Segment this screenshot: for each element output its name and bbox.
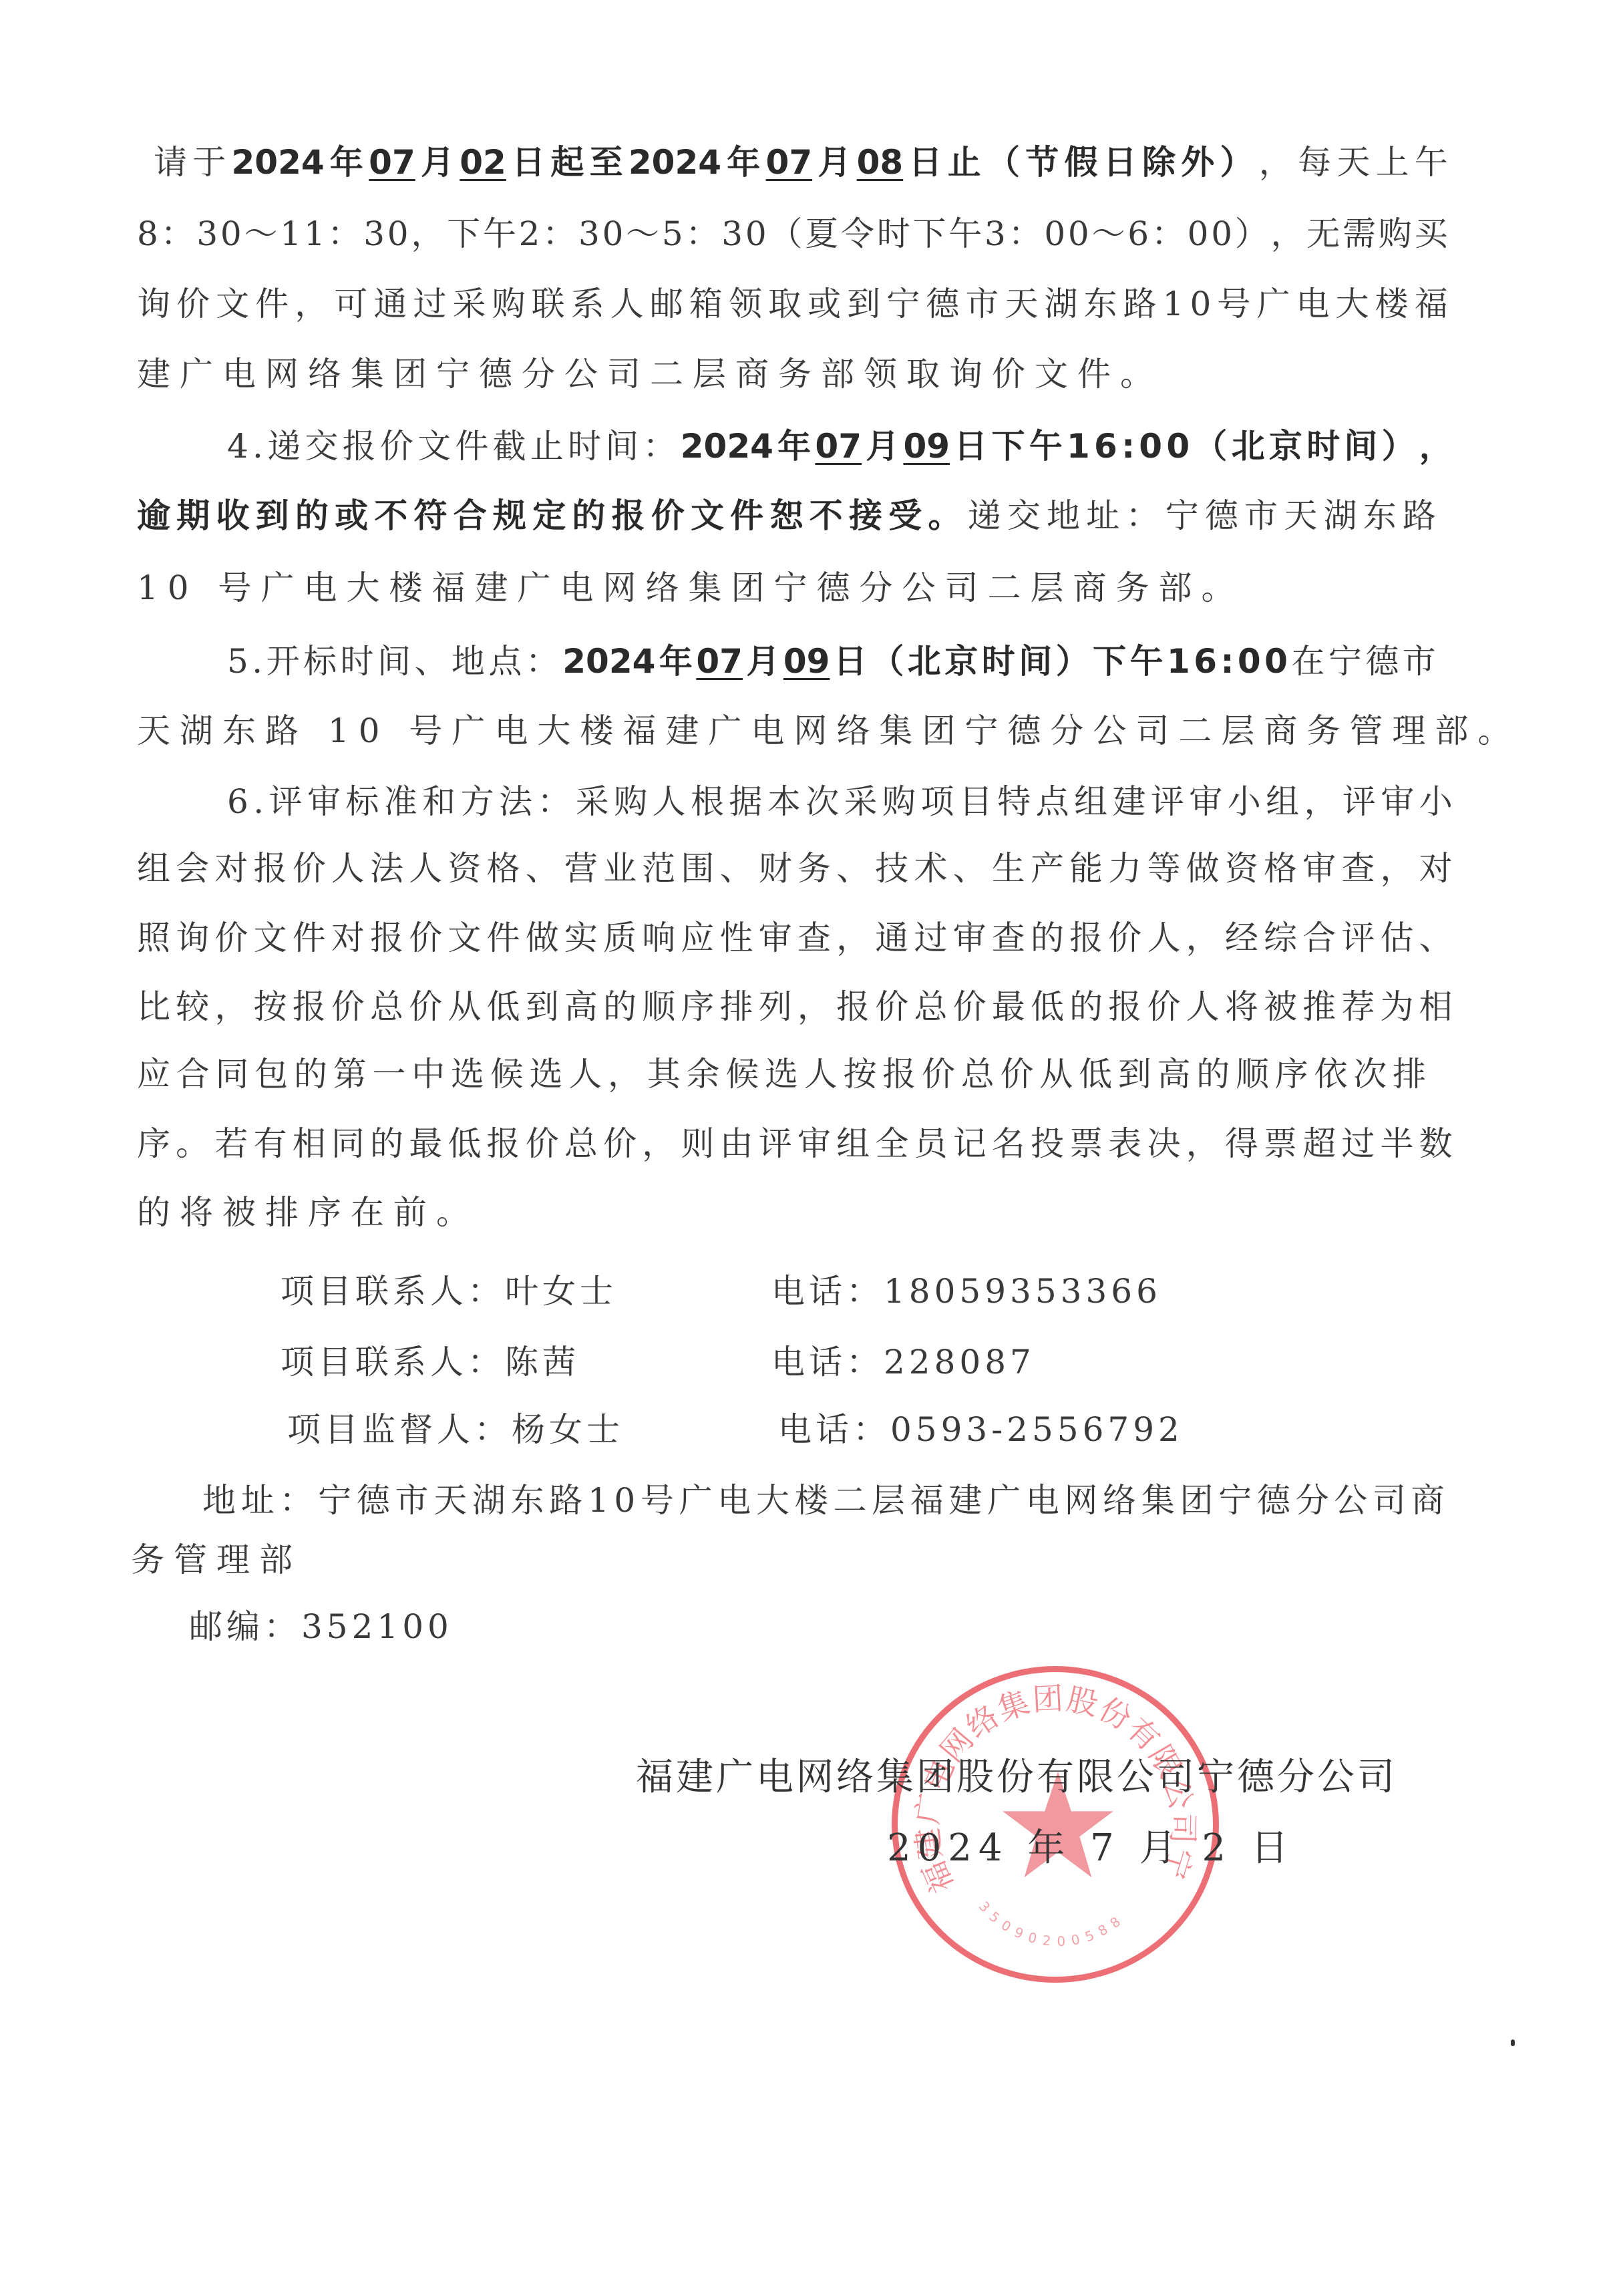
glyph: ，: [1186, 917, 1220, 959]
glyph: 公: [1334, 1479, 1367, 1522]
glyph: 顺: [642, 985, 675, 1028]
glyph: （: [769, 212, 802, 255]
glyph: 价: [953, 985, 987, 1028]
glyph: 报: [1108, 985, 1141, 1028]
glyph: 德: [1365, 640, 1399, 683]
address-line-2: 务管理部: [131, 1538, 302, 1581]
postcode-value: 352100: [301, 1607, 453, 1646]
glyph: 报: [612, 494, 645, 537]
paragraph-4-line-3-text: 10 号广电大楼福建广电网络集团宁德分公司二层商务部。: [137, 566, 1244, 609]
glyph: 1: [280, 212, 301, 255]
glyph: 3: [196, 212, 218, 255]
glyph: 目: [959, 780, 993, 823]
glyph: 生: [992, 847, 1025, 890]
glyph: 报: [254, 847, 287, 890]
glyph: 采: [844, 780, 878, 823]
glyph: 查: [797, 917, 831, 959]
glyph: 评: [1343, 780, 1376, 823]
glyph: ：: [1009, 212, 1042, 255]
glyph: 到: [256, 494, 289, 537]
glyph: 质: [603, 917, 637, 959]
glyph: 从: [1039, 1053, 1073, 1096]
glyph: 询: [137, 283, 170, 325]
glyph: 天: [1336, 141, 1370, 184]
glyph: 起: [550, 141, 584, 184]
glyph: 价: [214, 917, 248, 959]
glyph: 电: [1026, 1479, 1059, 1522]
glyph: 第: [333, 1053, 367, 1096]
glyph: 方: [461, 780, 494, 823]
glyph: 依: [1314, 1053, 1348, 1096]
glyph: ）: [1235, 212, 1268, 255]
glyph: 低: [448, 1122, 481, 1165]
glyph: 止: [948, 141, 981, 184]
glyph: 东: [1084, 283, 1117, 325]
glyph: 选: [451, 1053, 484, 1096]
glyph: 恕: [770, 494, 803, 537]
glyph: 本: [767, 780, 801, 823]
glyph: 做: [1186, 847, 1220, 890]
glyph: 组: [1266, 780, 1299, 823]
glyph: 址: [1086, 494, 1119, 537]
glyph: 营: [564, 847, 598, 890]
glyph: 和: [422, 780, 456, 823]
glyph: 报: [293, 985, 326, 1028]
glyph: 每: [1298, 141, 1331, 184]
glyph: 购: [1379, 212, 1412, 255]
glyph: 组: [836, 1122, 870, 1165]
glyph: 、: [720, 847, 753, 890]
glyph: 报: [370, 917, 403, 959]
underlined-date-value: 07: [696, 640, 743, 683]
glyph: 资: [1225, 847, 1258, 890]
glyph: ：: [526, 640, 559, 683]
glyph: 福: [910, 1479, 944, 1522]
glyph: 会: [176, 847, 209, 890]
glyph: ～: [626, 212, 659, 255]
glyph: .: [253, 780, 264, 823]
glyph: 价: [293, 847, 326, 890]
glyph: 通: [875, 917, 908, 959]
glyph: 日: [908, 141, 942, 184]
glyph: 合: [176, 1053, 210, 1096]
glyph: 团: [1180, 1479, 1214, 1522]
glyph: 递: [267, 425, 301, 468]
glyph: 午: [1029, 425, 1063, 468]
signature-date: 2024 年 7 月 2 日: [887, 1825, 1295, 1872]
glyph: 德: [357, 1479, 390, 1522]
glyph: 上: [1375, 141, 1409, 184]
glyph: ，: [642, 1122, 675, 1165]
glyph: 人: [331, 847, 365, 890]
glyph: 德: [1205, 494, 1238, 537]
glyph: （: [870, 640, 904, 683]
glyph: 评: [1151, 780, 1184, 823]
glyph: 时: [982, 640, 1015, 683]
glyph: 被: [1264, 985, 1297, 1028]
glyph: 5: [662, 212, 683, 255]
glyph: 北: [908, 640, 941, 683]
glyph: 8: [137, 212, 158, 255]
glyph: 0: [1139, 425, 1162, 468]
glyph: 通: [373, 283, 407, 325]
glyph: 日: [1103, 141, 1137, 184]
glyph: 数: [1419, 1122, 1453, 1165]
glyph: 无: [1306, 212, 1340, 255]
glyph: 全: [875, 1122, 908, 1165]
glyph: 0: [1166, 425, 1190, 468]
glyph: 件: [255, 283, 289, 325]
glyph: 0: [220, 212, 242, 255]
glyph: 到: [526, 985, 559, 1028]
glyph: ，: [1419, 425, 1453, 468]
glyph: 项: [920, 780, 954, 823]
glyph: ）: [1220, 141, 1253, 184]
glyph: 0: [1264, 640, 1288, 683]
glyph: 财: [759, 847, 792, 890]
glyph: 审: [1302, 847, 1336, 890]
glyph: 报: [1069, 917, 1103, 959]
glyph: 总: [370, 985, 403, 1028]
glyph: 外: [1181, 141, 1214, 184]
glyph: 文: [691, 494, 724, 537]
glyph: 审: [797, 1122, 831, 1165]
glyph: 审: [953, 917, 987, 959]
glyph: 6: [1094, 425, 1117, 468]
glyph: 号: [1217, 283, 1250, 325]
glyph: 湖: [1324, 494, 1357, 537]
glyph: 1: [304, 212, 325, 255]
paragraph-1-line-2: 8：30～11：30，下午2：30～5：30（夏令时下午3：00～6：00），无…: [137, 212, 1448, 255]
glyph: 网: [1064, 1479, 1097, 1522]
glyph: 法: [499, 780, 532, 823]
glyph: 价: [603, 1122, 637, 1165]
glyph: 荐: [1341, 985, 1375, 1028]
glyph: 对: [331, 917, 365, 959]
glyph: 产: [1031, 847, 1064, 890]
glyph: 中: [411, 1053, 445, 1096]
glyph: 照: [137, 917, 170, 959]
company-seal: 福建广电网络集团股份有限公司宁德分公司 3509020058894: [892, 1666, 1219, 1983]
paragraph-6-line-1: 6.评审标准和方法：采购人根据本次采购项目特点组建评审小组，评审小: [227, 780, 1453, 823]
glyph: 下: [992, 425, 1025, 468]
contact-2-role: 项目联系人：: [281, 1343, 505, 1381]
glyph: 排: [1393, 1053, 1426, 1096]
glyph: 评: [759, 1122, 792, 1165]
glyph: 0: [387, 212, 409, 255]
glyph: 建: [948, 1479, 982, 1522]
glyph: 分: [1296, 1479, 1329, 1522]
paragraph-6-line-3: 照询价文件对报价文件做实质响应性审查，通过审查的报价人，经综合评估、: [137, 917, 1453, 959]
glyph: 应: [681, 917, 714, 959]
glyph: 术: [914, 847, 947, 890]
glyph: 文: [417, 425, 451, 468]
glyph: 地: [452, 640, 485, 683]
glyph: 。: [928, 494, 961, 537]
glyph: 低: [1079, 1053, 1112, 1096]
glyph: 至: [590, 141, 623, 184]
contact-3-phone-label: 电话：: [778, 1410, 890, 1449]
contact-3-phone: 电话：0593-2556792: [778, 1408, 1184, 1451]
glyph: ：: [542, 212, 576, 255]
glyph: ，: [214, 985, 248, 1028]
glyph: 6: [1194, 640, 1217, 683]
contact-2-phone-label: 电话：: [771, 1343, 884, 1381]
glyph: 评: [1341, 917, 1375, 959]
contact-1: 项目联系人：叶女士: [281, 1270, 617, 1313]
glyph: 1: [1163, 283, 1184, 325]
glyph: 东: [511, 1479, 544, 1522]
glyph: 3: [985, 212, 1006, 255]
glyph: 候: [725, 1053, 759, 1096]
glyph: 截: [493, 425, 526, 468]
glyph: 决: [1147, 1122, 1180, 1165]
glyph: 序: [137, 1122, 170, 1165]
glyph: 3: [578, 212, 600, 255]
glyph: ～: [244, 212, 278, 255]
glyph: 件: [487, 917, 520, 959]
glyph: 间: [1019, 640, 1052, 683]
glyph: ）: [1382, 425, 1415, 468]
glyph: 报: [836, 985, 870, 1028]
paragraph-1-line-3: 询价文件，可通过采购联系人邮箱领取或到宁德市天湖东路10号广电大楼福: [137, 283, 1448, 325]
glyph: 0: [1044, 212, 1065, 255]
glyph: 0: [1068, 212, 1089, 255]
glyph: 审: [759, 917, 792, 959]
glyph: （: [987, 141, 1020, 184]
glyph: 接: [849, 494, 882, 537]
glyph: 文: [254, 917, 287, 959]
glyph: 据: [729, 780, 762, 823]
paragraph-1-line-4: 建广电网络集团宁德分公司二层商务部领取询价文件。: [137, 353, 1163, 395]
paragraph-1-line-1: 请于2024年07月02日起至2024年07月08日止（节假日除外），每天上午: [154, 141, 1448, 184]
glyph: 表: [1108, 1122, 1141, 1165]
contact-1-name: 叶女士: [505, 1272, 617, 1311]
glyph: 同: [216, 1053, 249, 1096]
glyph: 取: [768, 283, 801, 325]
glyph: 购: [614, 780, 647, 823]
glyph: 系: [571, 283, 604, 325]
glyph: 根: [691, 780, 724, 823]
glyph: 人: [653, 780, 686, 823]
glyph: 准: [384, 780, 417, 823]
paragraph-6-line-6: 序。若有相同的最低报价总价，则由评审组全员记名投票表决，得票超过半数: [137, 1122, 1453, 1165]
glyph: 格: [487, 847, 520, 890]
glyph: 的: [1069, 985, 1103, 1028]
glyph: 京: [1269, 425, 1302, 468]
contact-1-role: 项目联系人：: [281, 1272, 505, 1311]
glyph: 间: [605, 425, 639, 468]
glyph: 价: [409, 985, 442, 1028]
glyph: 价: [875, 985, 908, 1028]
glyph: 宁: [318, 1479, 351, 1522]
glyph: 于: [192, 141, 226, 184]
glyph: ：: [1125, 494, 1159, 537]
glyph: 购: [492, 283, 526, 325]
glyph: 得: [1225, 1122, 1258, 1165]
glyph: 技: [875, 847, 908, 890]
glyph: 评: [269, 780, 303, 823]
underlined-date-value: 02: [460, 141, 506, 184]
glyph: 人: [804, 1053, 838, 1096]
glyph: 福: [1415, 283, 1448, 325]
glyph: 交: [305, 425, 338, 468]
glyph: 低: [1031, 985, 1064, 1028]
glyph: 的: [294, 1053, 327, 1096]
glyph: 推: [1302, 985, 1336, 1028]
glyph: 、: [414, 640, 448, 683]
glyph: .: [252, 425, 263, 468]
glyph: 交: [1007, 494, 1041, 537]
glyph: 记: [953, 1122, 987, 1165]
glyph: ，: [1304, 780, 1338, 823]
glyph: 夏: [805, 212, 838, 255]
glyph: 月: [421, 141, 454, 184]
glyph: 可: [334, 283, 367, 325]
glyph: 投: [1031, 1122, 1064, 1165]
glyph: 报: [882, 1053, 916, 1096]
glyph: 价: [526, 1122, 559, 1165]
glyph: 购: [882, 780, 916, 823]
glyph: 箱: [689, 283, 723, 325]
glyph: 假: [1064, 141, 1097, 184]
underlined-date-value: 08: [857, 141, 904, 184]
seal-arc-text: 福建广电网络集团股份有限公司宁德分公司 3509020058894: [892, 1666, 1219, 1983]
glyph: 天: [1284, 494, 1317, 537]
glyph: 列: [759, 985, 792, 1028]
glyph: 1: [1067, 425, 1090, 468]
glyph: 间: [377, 640, 411, 683]
glyph: 的: [603, 985, 637, 1028]
glyph: 买: [1415, 212, 1448, 255]
glyph: :: [1121, 425, 1135, 468]
glyph: 邮: [650, 283, 683, 325]
glyph: 选: [765, 1053, 798, 1096]
paragraph-6-line-2: 组会对报价人法人资格、营业范围、财务、技术、生产能力等做资格审查，对: [137, 847, 1453, 890]
glyph: 选: [530, 1053, 563, 1096]
glyph: 宁: [1218, 1479, 1252, 1522]
glyph: ，: [1271, 212, 1304, 255]
glyph: 京: [944, 640, 978, 683]
glyph: （: [1194, 425, 1227, 468]
glyph: ，: [797, 985, 831, 1028]
glyph: 建: [1112, 780, 1145, 823]
glyph: 一: [373, 1053, 406, 1096]
glyph: 午: [1130, 640, 1164, 683]
glyph: 相: [293, 1122, 326, 1165]
glyph: 3: [721, 212, 743, 255]
underlined-date-value: 07: [766, 141, 813, 184]
glyph: 联: [532, 283, 565, 325]
glyph: 价: [380, 425, 413, 468]
glyph: ：: [1151, 212, 1185, 255]
contact-1-phone-label: 电话：: [771, 1272, 884, 1311]
glyph: 1: [1167, 640, 1190, 683]
contact-2-phone-number: 228087: [884, 1343, 1035, 1381]
glyph: 最: [409, 1122, 442, 1165]
glyph: 2024: [232, 141, 325, 184]
glyph: 司: [1373, 1479, 1406, 1522]
glyph: 序: [681, 985, 714, 1028]
glyph: 将: [1225, 985, 1258, 1028]
glyph: 6: [1127, 212, 1149, 255]
glyph: 候: [490, 1053, 524, 1096]
glyph: 市: [395, 1479, 428, 1522]
glyph: 点: [488, 640, 522, 683]
signature-company-text: 福建广电网络集团股份有限公司宁德分公司: [636, 1756, 1397, 1799]
glyph: 市: [965, 283, 999, 325]
glyph: 范: [642, 847, 675, 890]
glyph: 请: [154, 141, 187, 184]
glyph: 二: [833, 1479, 866, 1522]
glyph: 格: [1264, 847, 1297, 890]
glyph: 的: [1196, 1053, 1230, 1096]
glyph: 由: [720, 1122, 753, 1165]
glyph: 期: [176, 494, 210, 537]
glyph: 4: [227, 425, 248, 468]
glyph: 0: [602, 212, 624, 255]
glyph: 排: [720, 985, 753, 1028]
glyph: 比: [137, 985, 170, 1028]
glyph: 名: [992, 1122, 1025, 1165]
glyph: 址: [241, 1479, 275, 1522]
glyph: 能: [1069, 847, 1103, 890]
glyph: 等: [1147, 847, 1180, 890]
glyph: 序: [1275, 1053, 1308, 1096]
glyph: 市: [1244, 494, 1278, 537]
glyph: 高: [564, 985, 598, 1028]
glyph: 小: [1228, 780, 1261, 823]
underlined-date-value: 07: [815, 425, 862, 468]
glyph: 令: [841, 212, 874, 255]
glyph: 2024: [681, 425, 773, 468]
glyph: 路: [549, 1479, 582, 1522]
glyph: 则: [681, 1122, 714, 1165]
glyph: 对: [1419, 847, 1453, 890]
glyph: 宁: [1166, 494, 1199, 537]
glyph: 6: [227, 780, 248, 823]
glyph: 的: [370, 1122, 403, 1165]
glyph: ：: [279, 1479, 313, 1522]
glyph: 0: [745, 212, 767, 255]
glyph: 逾: [137, 494, 170, 537]
glyph: 务: [797, 847, 831, 890]
glyph: 宁: [1328, 640, 1362, 683]
scan-speck: [1511, 2039, 1515, 2046]
glyph: 标: [345, 780, 379, 823]
glyph: 时: [341, 640, 374, 683]
glyph: 日: [954, 425, 987, 468]
glyph: 路: [1123, 283, 1157, 325]
glyph: 德: [926, 283, 959, 325]
glyph: 递: [968, 494, 1001, 537]
glyph: 符: [414, 494, 448, 537]
glyph: 合: [454, 494, 487, 537]
glyph: 审: [1189, 780, 1222, 823]
glyph: 查: [1341, 847, 1375, 890]
glyph: 日: [512, 141, 545, 184]
glyph: 电: [717, 1479, 751, 1522]
glyph: 2024: [629, 141, 721, 184]
glyph: 0: [1211, 212, 1232, 255]
glyph: 业: [603, 847, 637, 890]
glyph: 价: [409, 917, 442, 959]
glyph: 价: [331, 985, 365, 1028]
glyph: 特: [997, 780, 1031, 823]
glyph: 半: [1381, 1122, 1414, 1165]
glyph: 下: [912, 212, 946, 255]
glyph: 时: [1306, 425, 1340, 468]
